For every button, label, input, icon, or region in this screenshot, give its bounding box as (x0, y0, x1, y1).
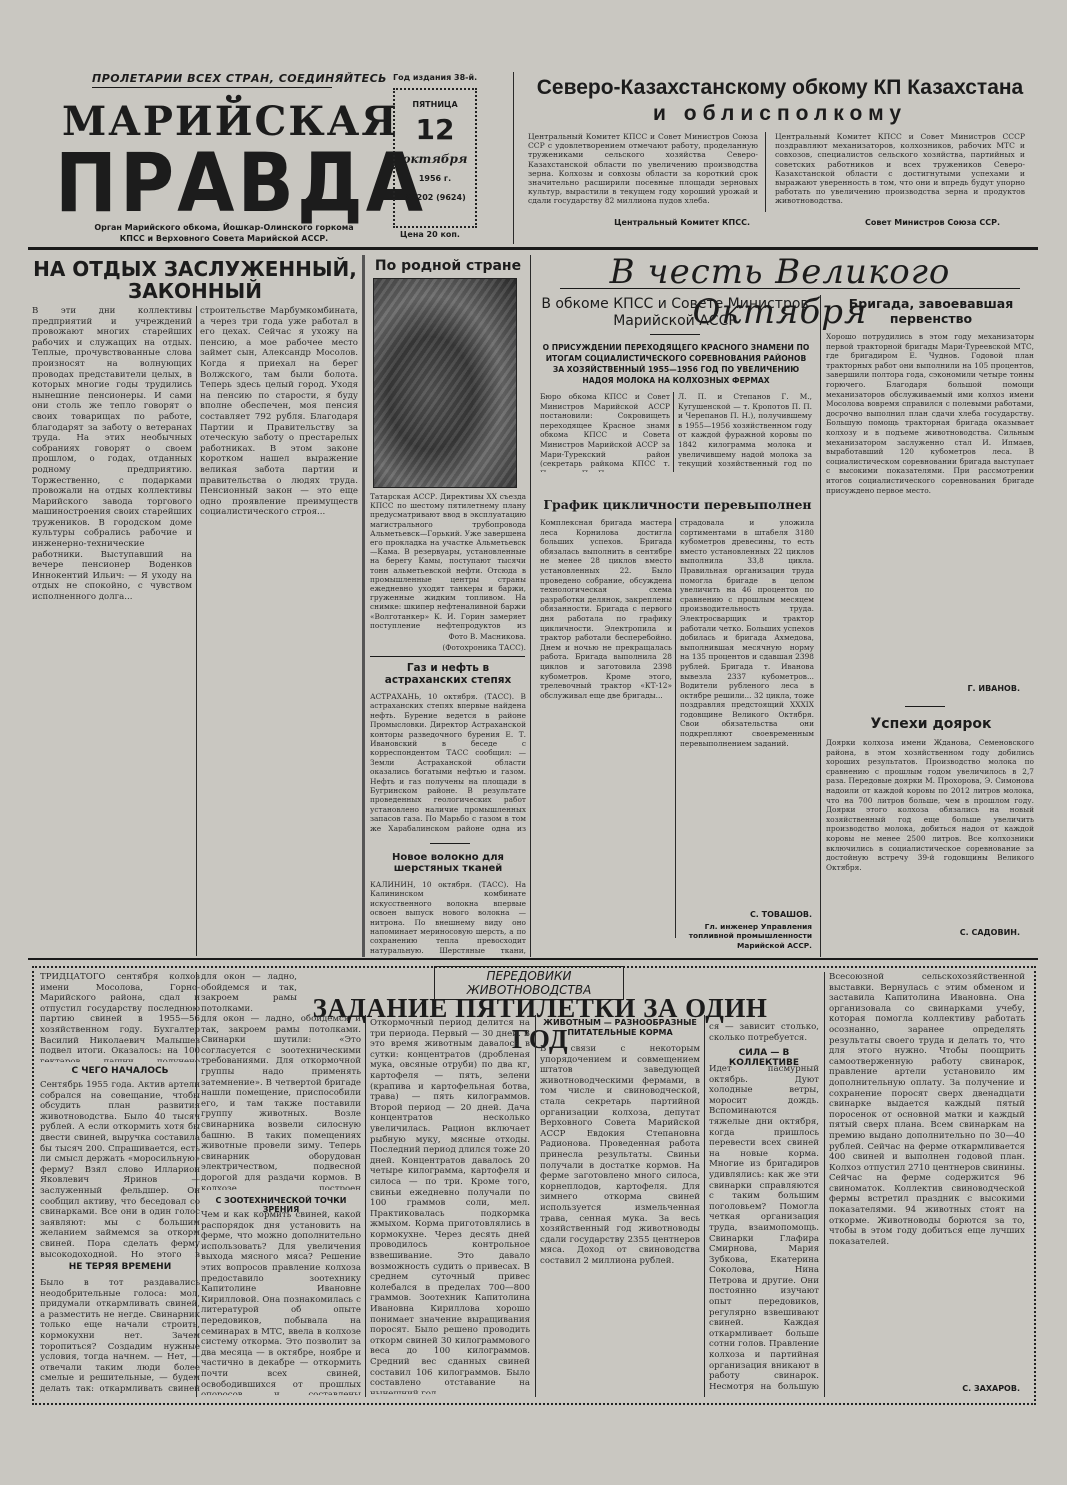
tanker-photo (373, 278, 517, 488)
date-box: ПЯТНИЦА 12 октября 1956 г. № 202 (9624) (393, 88, 477, 228)
greeting-title-line1: Северо-Казахстанскому обкому КП Казахста… (530, 76, 1030, 100)
native-land-rubric: По родной стране (368, 258, 528, 274)
cycle-col1: Комплексная бригада мастера леса Корнило… (540, 518, 672, 938)
decision-col1: Бюро обкома КПСС и Совет Министров Марий… (540, 392, 670, 472)
weekday: ПЯТНИЦА (395, 100, 475, 109)
livestock-col6: Всесоюзной сельскохозяйственной выставки… (829, 972, 1025, 1382)
year-date: 1956 г. (395, 174, 475, 183)
livestock-sub-time: НЕ ТЕРЯЯ ВРЕМЕНИ (40, 1262, 200, 1272)
decision-col2: Л. П. и Степанов Г. М., Кугушенской — т.… (678, 392, 812, 472)
milkmaids-title: Успехи доярок (826, 716, 1036, 732)
masthead-organ: Орган Марийского обкома, Йошкар-Олинског… (88, 222, 360, 244)
cycle-signature-role: Гл. инженер Управления топливной промышл… (680, 922, 812, 950)
brigade-title: Бригада, завоевавшая первенство (826, 296, 1036, 326)
cycle-signature: С. ТОВАШОВ. (680, 910, 812, 919)
livestock-signature: С. ЗАХАРОВ. (900, 1384, 1020, 1393)
article-rest-headline: НА ОТДЫХ ЗАСЛУЖЕННЫЙ, ЗАКОННЫЙ (30, 258, 360, 302)
livestock-col3: Откормочный период делится на три период… (370, 1018, 530, 1394)
greeting-signature-sovmin: Совет Министров Союза ССР. (800, 218, 1000, 227)
photo-caption: Татарская АССР. Директивы XX съезда КПСС… (370, 492, 526, 632)
gas-oil-title: Газ и нефть в астраханских степях (370, 662, 526, 686)
new-fiber-title: Новое волокно для шерстяных тканей (370, 852, 526, 874)
greeting-col2: Центральный Комитет КПСС и Совет Министр… (775, 132, 1025, 208)
masthead-year: Год издания 38-й. (393, 73, 477, 82)
masthead-title-line2: ПРАВДА (55, 136, 426, 231)
greeting-title-line2: и облисполкому (530, 102, 1030, 126)
livestock-sub-feed: ЖИВОТНЫМ — РАЗНООБРАЗНЫЕ ПИТАТЕЛЬНЫЕ КОР… (540, 1018, 700, 1038)
livestock-col2-top: для окон — ладно, обойдемся и так, закро… (201, 972, 297, 1012)
obkom-title-line1: В обкоме КПСС и Совете Министров (540, 296, 810, 312)
obkom-title-line2: Марийской АССР (540, 313, 810, 329)
livestock-col5-top: ся — зависит столько, сколько потребуетс… (709, 1022, 819, 1044)
article-rest-col2: строительстве Марбумкомбината, а через т… (200, 306, 358, 956)
livestock-col5: Идет пасмурный октябрь. Дуют холодные ве… (709, 1064, 819, 1394)
greeting-signature-ck: Центральный Комитет КПСС. (560, 218, 750, 227)
livestock-col2-b: Чем и как кормить свиней, какой распоряд… (201, 1210, 361, 1395)
livestock-col1-b: Сентябрь 1955 года. Актив артели собралс… (40, 1080, 200, 1258)
brigade-signature: Г. ИВАНОВ. (900, 684, 1020, 693)
milkmaids-signature: С. САДОВИН. (900, 928, 1020, 937)
photo-credit: Фото В. Масникова. (Фотохроника ТАСС). (400, 632, 526, 653)
greeting-col1: Центральный Комитет КПСС и Совет Министр… (528, 132, 758, 208)
masthead-slogan: ПРОЛЕТАРИИ ВСЕХ СТРАН, СОЕДИНЯЙТЕСЬ (92, 72, 387, 85)
livestock-col1-c: Было в тот раздавались неодобрительные г… (40, 1278, 200, 1394)
price: Цена 20 коп. (400, 230, 460, 239)
cycle-title: График цикличности перевыполнен (540, 497, 815, 512)
article-rest-col1: В эти дни коллективы предприятий и учреж… (32, 306, 192, 956)
brigade-text: Хорошо потрудились в этом году механизат… (826, 332, 1034, 670)
gas-oil-text: АСТРАХАНЬ, 10 октября. (ТАСС). В астраха… (370, 692, 526, 832)
livestock-col1: ТРИДЦАТОГО сентября колхоз имени Мосолов… (40, 972, 200, 1062)
livestock-sub-start: С ЧЕГО НАЧАЛОСЬ (40, 1066, 200, 1076)
livestock-col4: В связи с некоторым упорядочением и совм… (540, 1044, 700, 1394)
month: октября (395, 152, 475, 166)
livestock-col2: для окон — ладно, обойдемся и так, закро… (201, 1014, 361, 1190)
cycle-col2: страдовала и уложила сортиментами в штаб… (680, 518, 814, 908)
day-number: 12 (395, 113, 475, 146)
milkmaids-text: Доярки колхоза имени Жданова, Семеновско… (826, 738, 1034, 924)
issue-number: № 202 (9624) (395, 193, 475, 202)
decision-title: О ПРИСУЖДЕНИИ ПЕРЕХОДЯЩЕГО КРАСНОГО ЗНАМ… (540, 342, 812, 386)
new-fiber-text: КАЛИНИН, 10 октября. (ТАСС). На Калининс… (370, 880, 526, 956)
